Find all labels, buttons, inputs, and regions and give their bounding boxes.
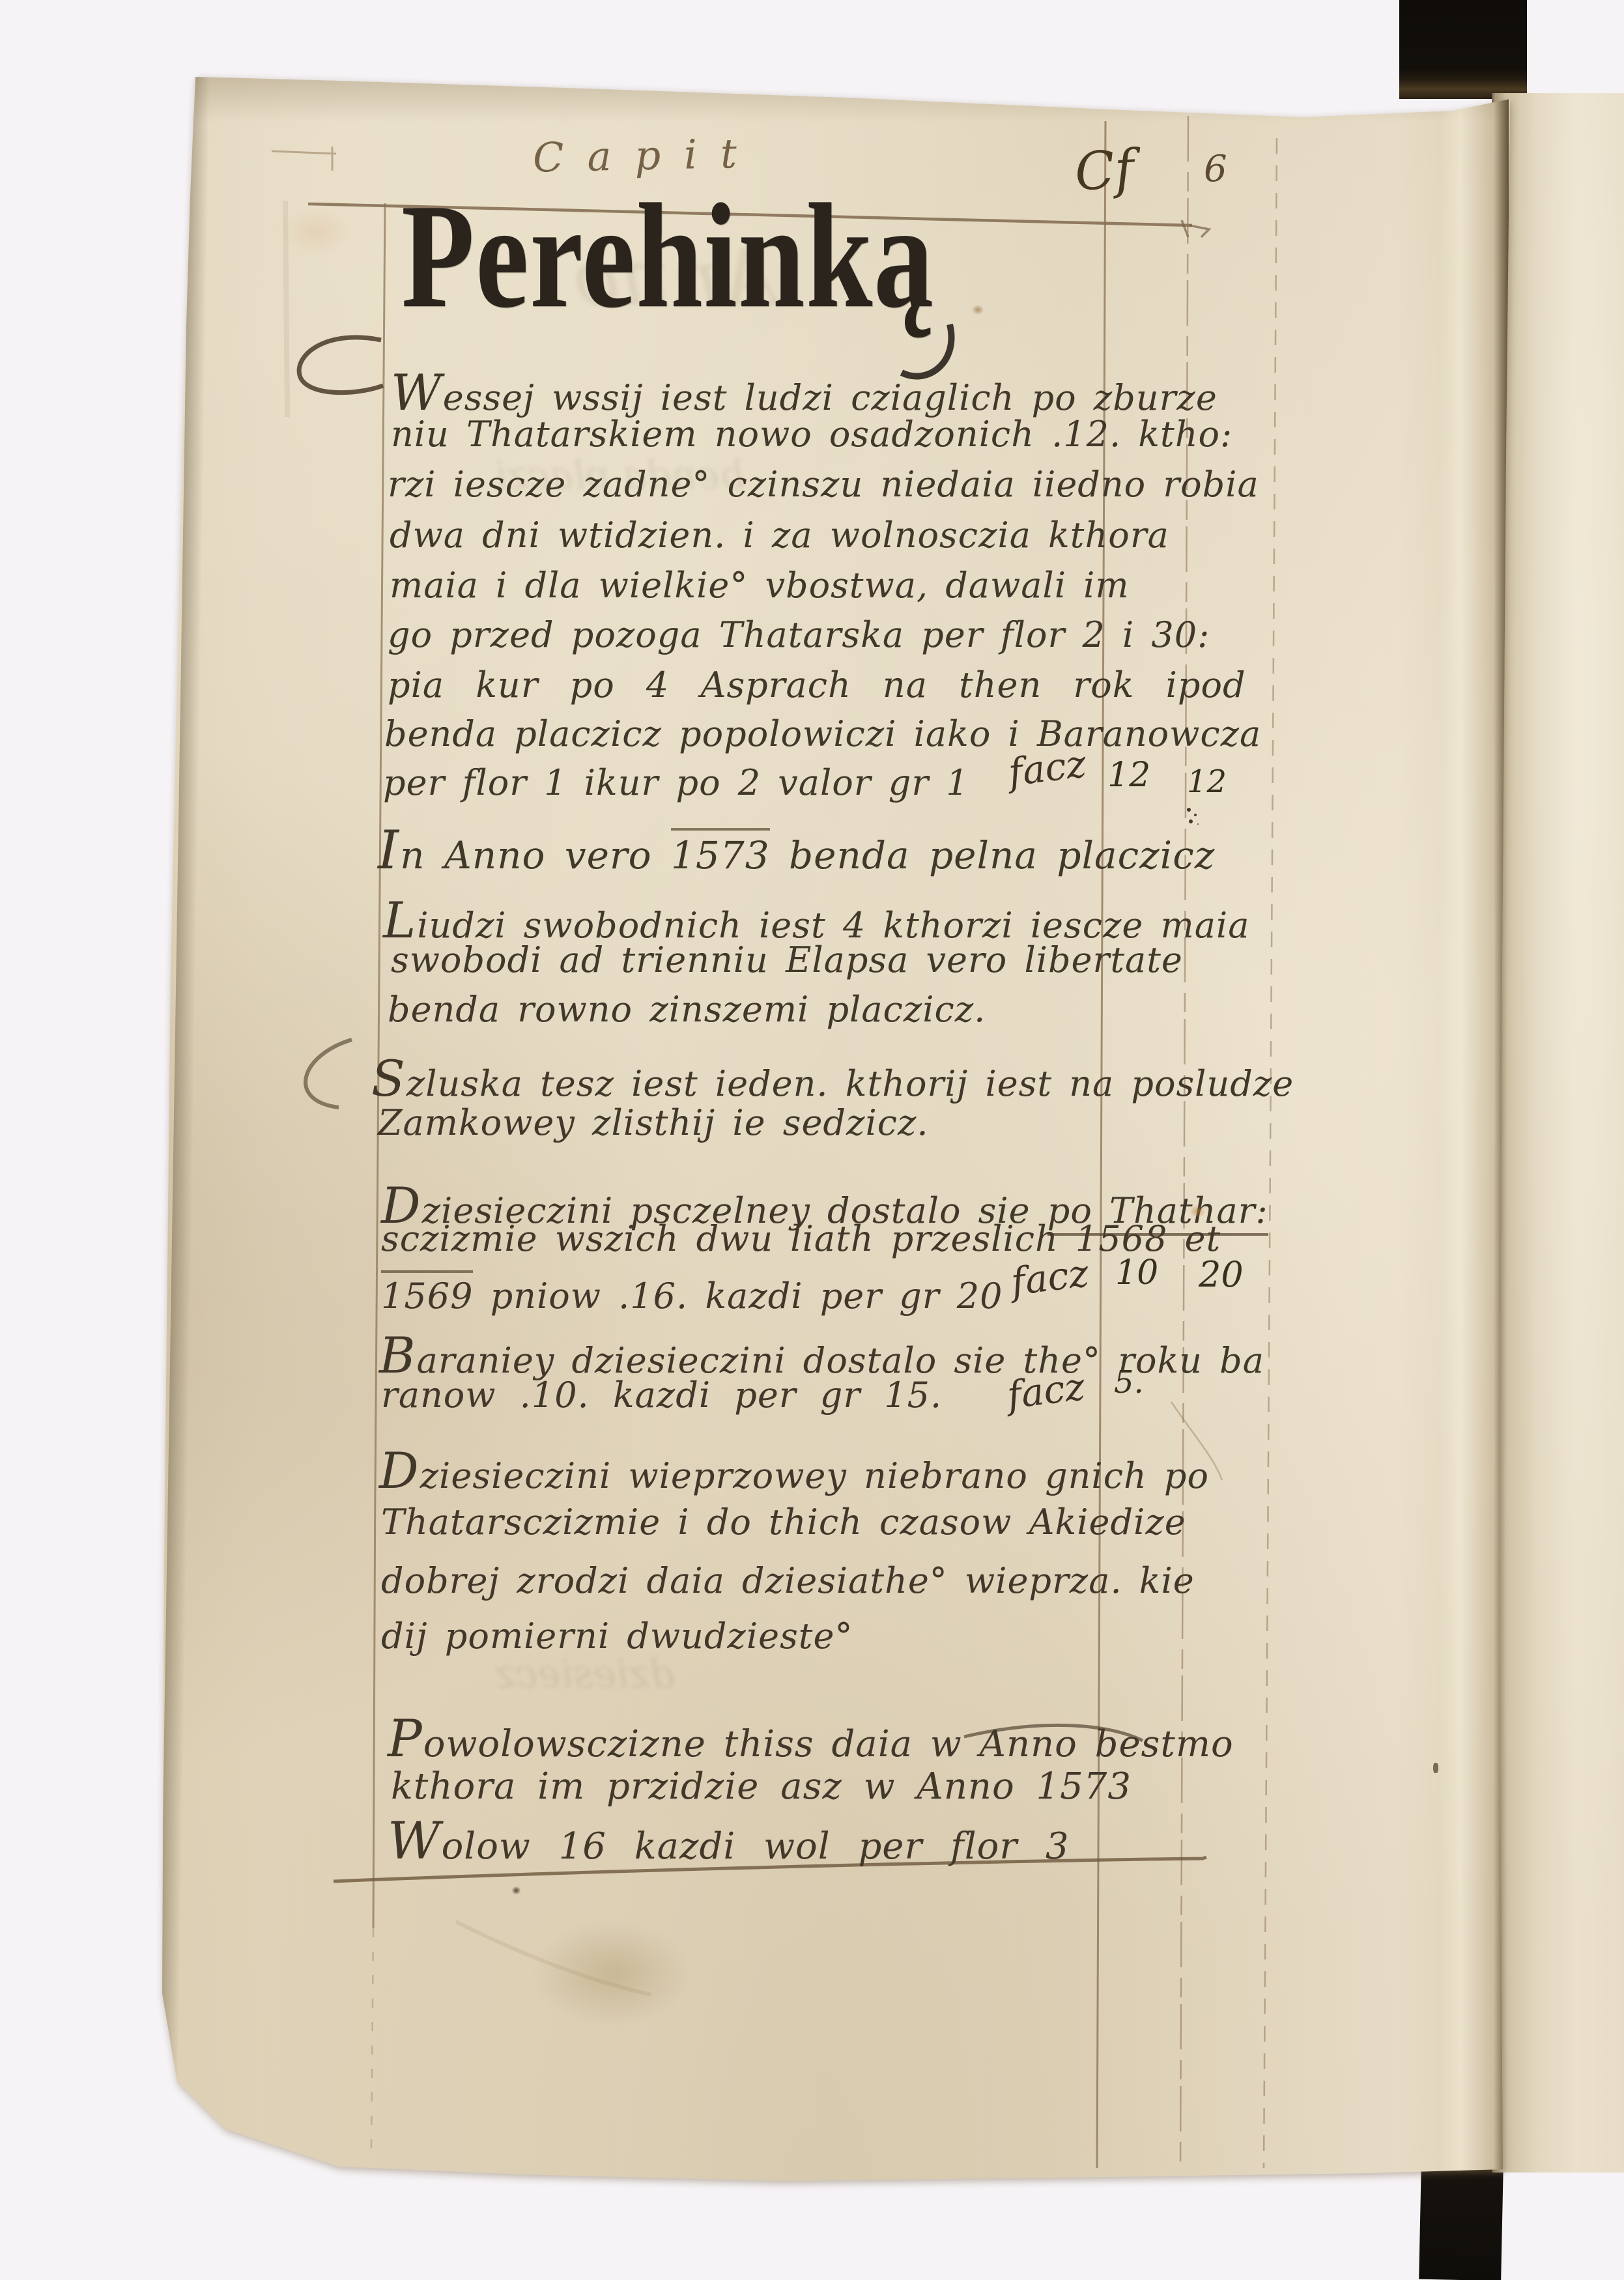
paper-stain	[972, 305, 984, 315]
facit-word: facz	[1009, 1254, 1090, 1301]
ink-speck	[1433, 1763, 1438, 1773]
text-line: Wessej wssij iest ludzi cziaglich po zbu…	[391, 367, 1218, 419]
text-line: niu Thatarskiem nowo osadzonich .12. kth…	[391, 416, 1232, 453]
text-line: sczizmie wszich dwu liath przeslich 1568…	[381, 1221, 1221, 1258]
text-line: benda rowno zinszemi placzicz.	[388, 991, 986, 1029]
text-line: ranow .10. kazdi per gr 15.	[381, 1377, 942, 1414]
folio-mark: Cf	[1073, 143, 1135, 199]
text-line: Szluska tesz iest ieden. kthorij iest na…	[371, 1053, 1294, 1105]
text-line: per flor 1 ikur po 2 valor gr 1	[383, 765, 969, 802]
text-line: kthora im przidzie asz w Anno 1573	[391, 1768, 1132, 1806]
text-segment: In Anno vero	[378, 833, 671, 877]
year-overlined: 1569	[381, 1270, 473, 1317]
text-line: rzi iescze zadne° czinszu niedaia iiedno…	[388, 466, 1259, 504]
paper-stain	[1190, 1205, 1205, 1218]
facit-word: facz	[1005, 1367, 1087, 1414]
chapter-mark: Capit	[532, 133, 760, 178]
amount-value: 20	[1199, 1257, 1244, 1292]
amount-value: 12	[1187, 766, 1227, 797]
text-segment: pniow .16. kazdi per gr 20	[473, 1275, 1003, 1317]
page-title: Perehinką	[401, 181, 935, 331]
text-line: Thatarsczizmie i do thich czasow Akiediz…	[381, 1504, 1186, 1541]
scanned-manuscript-screenshot: { "page": { "header": { "chapter_mark": …	[0, 0, 1624, 2280]
ink-blot	[512, 1887, 520, 1894]
text-line: In Anno vero 1573 benda pelna placzicz	[378, 823, 1215, 879]
text-line: Zamkowey zlisthij ie sedzicz.	[378, 1105, 929, 1142]
manuscript-page-wrap: Anno benda placzi dziesiecz Capit Cf 6 P…	[0, 0, 1624, 2280]
text-line: dwa dni wtidzien. i za wolnosczia kthora	[390, 517, 1169, 554]
amount-value: 12	[1107, 758, 1150, 792]
folio-number: 6	[1204, 151, 1227, 188]
paper-stain	[280, 208, 352, 254]
text-segment: benda pelna placzicz	[770, 833, 1216, 877]
text-line: 1569 pniow .16. kazdi per gr 20	[381, 1278, 1003, 1315]
text-line: Powolowsczizne thiss daia w Anno bestmo	[388, 1713, 1234, 1766]
text-line: dij pomierni dwudzieste°	[381, 1618, 853, 1655]
text-line: Wolow 16 kazdi wol per flor 3	[388, 1815, 1070, 1868]
year-overlined: 1573	[671, 828, 770, 877]
text-line: maia i dla wielkie° vbostwa, dawali im	[390, 567, 1130, 605]
paper-stain	[534, 1922, 691, 2026]
text-line: go przed pozoga Thatarska per flor 2 i 3…	[388, 617, 1210, 654]
gutter-fold-shading	[1440, 98, 1509, 2173]
facit-word: facz	[1006, 745, 1088, 791]
amount-value: 5.	[1114, 1367, 1144, 1398]
text-line: swobodi ad trienniu Elapsa vero libertat…	[391, 942, 1183, 979]
manuscript-page: Anno benda placzi dziesiecz Capit Cf 6 P…	[0, 0, 1624, 2280]
amount-value: 10	[1115, 1256, 1158, 1290]
text-line: pia kur po 4 Asprach na then rok ipod	[388, 667, 1246, 704]
text-line: benda placzicz popolowiczi iako i Barano…	[384, 716, 1261, 753]
text-line: Dziesieczini wieprzowey niebrano gnich p…	[379, 1446, 1209, 1497]
text-line: dobrej zrodzi daia dziesiathe° wieprza. …	[381, 1563, 1195, 1600]
ink-speckles	[1187, 808, 1191, 812]
